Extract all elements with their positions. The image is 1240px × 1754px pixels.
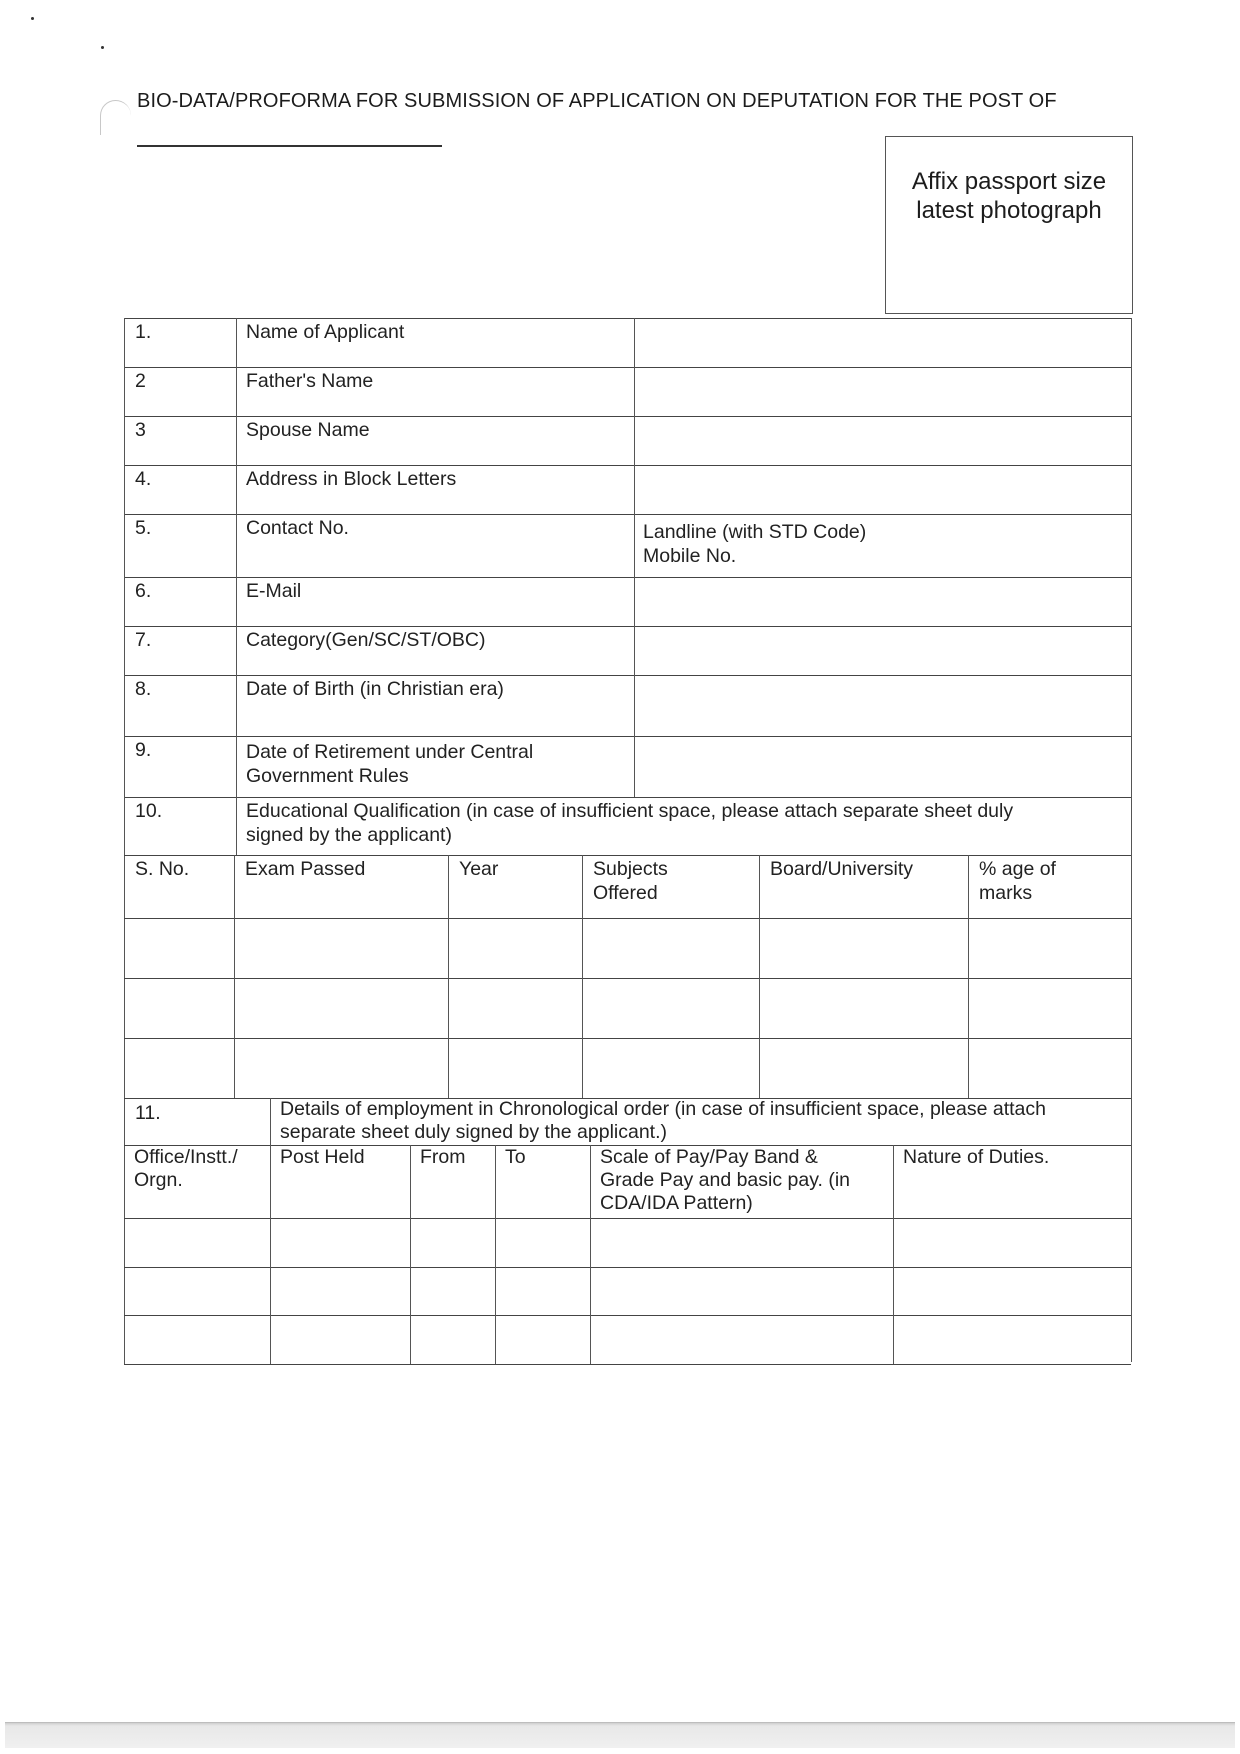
- employment-cell-input[interactable]: [126, 1317, 268, 1362]
- table-rule: [582, 855, 583, 1098]
- table-rule: [124, 626, 1131, 627]
- field-value-input[interactable]: [636, 467, 1129, 512]
- employment-column-header-line2: Orgn.: [134, 1168, 183, 1192]
- table-rule: [124, 318, 1131, 319]
- table-rule: [124, 978, 1131, 979]
- table-rule: [124, 675, 1131, 676]
- education-column-header: % age of: [979, 857, 1056, 881]
- education-cell-input[interactable]: [970, 1040, 1129, 1096]
- scan-speck: [101, 46, 104, 49]
- post-name-blank-line[interactable]: [137, 145, 442, 147]
- field-number: 4.: [135, 467, 151, 491]
- field-value-input[interactable]: [636, 579, 1129, 624]
- education-column-header: Year: [459, 857, 498, 881]
- employment-column-header: Post Held: [280, 1145, 365, 1169]
- table-rule: [759, 855, 760, 1098]
- employment-column-header: From: [420, 1145, 466, 1169]
- field-number: 3: [135, 418, 146, 442]
- table-rule: [124, 318, 125, 1364]
- employment-cell-input[interactable]: [497, 1269, 588, 1313]
- table-rule: [124, 416, 1131, 417]
- table-rule: [234, 855, 235, 1098]
- field-value-input[interactable]: [636, 320, 1129, 365]
- employment-cell-input[interactable]: [895, 1220, 1129, 1265]
- education-cell-input[interactable]: [761, 980, 966, 1036]
- field-label: Address in Block Letters: [246, 467, 456, 491]
- scan-edge-bar: [5, 1722, 1235, 1748]
- employment-cell-input[interactable]: [126, 1269, 268, 1313]
- employment-cell-input[interactable]: [272, 1317, 408, 1362]
- employment-cell-input[interactable]: [592, 1269, 891, 1313]
- education-column-header: Board/University: [770, 857, 913, 881]
- employment-column-header: Scale of Pay/Pay Band &: [600, 1145, 818, 1169]
- education-cell-input[interactable]: [450, 920, 580, 976]
- education-column-header: Exam Passed: [245, 857, 365, 881]
- pen-mark: [100, 100, 131, 135]
- education-column-header: Subjects: [593, 857, 668, 881]
- photo-instruction: Affix passport size latest photograph: [886, 167, 1132, 225]
- employment-column-header: To: [505, 1145, 526, 1169]
- education-column-header-line2: Offered: [593, 881, 658, 905]
- education-cell-input[interactable]: [970, 980, 1129, 1036]
- field-value-input[interactable]: [636, 516, 1129, 575]
- education-heading-line2: signed by the applicant): [246, 823, 452, 847]
- field-label: E-Mail: [246, 579, 301, 603]
- education-cell-input[interactable]: [126, 1040, 232, 1096]
- field-value-input[interactable]: [636, 628, 1129, 673]
- table-rule: [634, 318, 635, 797]
- table-rule: [270, 1098, 271, 1145]
- form-title: BIO-DATA/PROFORMA FOR SUBMISSION OF APPL…: [137, 90, 1057, 113]
- field-label-line2: Government Rules: [246, 764, 409, 788]
- education-cell-input[interactable]: [236, 980, 446, 1036]
- employment-column-header-line3: CDA/IDA Pattern): [600, 1191, 753, 1215]
- employment-cell-input[interactable]: [412, 1220, 493, 1265]
- field-number: 7.: [135, 628, 151, 652]
- field-label: Contact No.: [246, 516, 349, 540]
- field-label: Name of Applicant: [246, 320, 404, 344]
- education-column-header: S. No.: [135, 857, 189, 881]
- education-cell-input[interactable]: [584, 920, 757, 976]
- field-value-input[interactable]: [636, 418, 1129, 463]
- employment-column-header-line2: Grade Pay and basic pay. (in: [600, 1168, 850, 1192]
- employment-column-header: Nature of Duties.: [903, 1145, 1049, 1169]
- table-rule: [236, 797, 237, 855]
- section-number: 11.: [135, 1101, 161, 1125]
- employment-cell-input[interactable]: [592, 1220, 891, 1265]
- field-number: 1.: [135, 320, 151, 344]
- field-number: 2: [135, 369, 146, 393]
- education-cell-input[interactable]: [584, 1040, 757, 1096]
- table-rule: [1131, 318, 1132, 1362]
- photo-placeholder-box[interactable]: Affix passport size latest photograph: [885, 136, 1133, 314]
- field-number: 8.: [135, 677, 151, 701]
- employment-cell-input[interactable]: [592, 1317, 891, 1362]
- scan-speck: [31, 17, 34, 20]
- employment-cell-input[interactable]: [412, 1317, 493, 1362]
- table-rule: [124, 1267, 1131, 1268]
- table-rule: [124, 514, 1131, 515]
- education-cell-input[interactable]: [970, 920, 1129, 976]
- table-rule: [124, 465, 1131, 466]
- education-cell-input[interactable]: [126, 920, 232, 976]
- photo-instruction-line1: Affix passport size: [886, 167, 1132, 196]
- employment-cell-input[interactable]: [497, 1220, 588, 1265]
- table-rule: [590, 1145, 591, 1364]
- table-rule: [124, 797, 1131, 798]
- education-heading: Educational Qualification (in case of in…: [246, 799, 1013, 823]
- employment-heading: Details of employment in Chronological o…: [280, 1097, 1046, 1121]
- education-column-header-line2: marks: [979, 881, 1032, 905]
- education-cell-input[interactable]: [450, 1040, 580, 1096]
- employment-cell-input[interactable]: [895, 1317, 1129, 1362]
- table-rule: [270, 1145, 271, 1364]
- education-cell-input[interactable]: [236, 920, 446, 976]
- table-rule: [410, 1145, 411, 1364]
- employment-cell-input[interactable]: [272, 1220, 408, 1265]
- field-label: Date of Birth (in Christian era): [246, 677, 504, 701]
- table-rule: [124, 1364, 1131, 1365]
- field-label: Category(Gen/SC/ST/OBC): [246, 628, 485, 652]
- field-number: 9.: [135, 738, 151, 762]
- field-number: 6.: [135, 579, 151, 603]
- table-rule: [124, 1315, 1131, 1316]
- table-rule: [448, 855, 449, 1098]
- table-rule: [495, 1145, 496, 1364]
- field-value-input[interactable]: [636, 369, 1129, 414]
- education-cell-input[interactable]: [584, 980, 757, 1036]
- section-number: 10.: [135, 799, 162, 823]
- table-rule: [124, 577, 1131, 578]
- education-cell-input[interactable]: [761, 920, 966, 976]
- table-rule: [893, 1145, 894, 1364]
- education-cell-input[interactable]: [450, 980, 580, 1036]
- table-rule: [124, 855, 1131, 856]
- education-cell-input[interactable]: [236, 1040, 446, 1096]
- table-rule: [124, 1038, 1131, 1039]
- table-rule: [124, 736, 1131, 737]
- field-number: 5.: [135, 516, 151, 540]
- employment-column-header: Office/Instt./: [134, 1145, 238, 1169]
- table-rule: [968, 855, 969, 1098]
- field-label: Spouse Name: [246, 418, 370, 442]
- employment-cell-input[interactable]: [412, 1269, 493, 1313]
- employment-cell-input[interactable]: [272, 1269, 408, 1313]
- education-cell-input[interactable]: [126, 980, 232, 1036]
- field-value-input[interactable]: [636, 738, 1129, 795]
- employment-cell-input[interactable]: [497, 1317, 588, 1362]
- table-rule: [236, 318, 237, 797]
- table-rule: [124, 918, 1131, 919]
- photo-instruction-line2: latest photograph: [886, 196, 1132, 225]
- employment-heading-line2: separate sheet duly signed by the applic…: [280, 1120, 667, 1144]
- table-rule: [124, 367, 1131, 368]
- education-cell-input[interactable]: [761, 1040, 966, 1096]
- employment-cell-input[interactable]: [126, 1220, 268, 1265]
- field-value-input[interactable]: [636, 677, 1129, 734]
- table-rule: [124, 1218, 1131, 1219]
- field-label-line1: Date of Retirement under Central: [246, 740, 533, 764]
- field-label: Father's Name: [246, 369, 373, 393]
- employment-cell-input[interactable]: [895, 1269, 1129, 1313]
